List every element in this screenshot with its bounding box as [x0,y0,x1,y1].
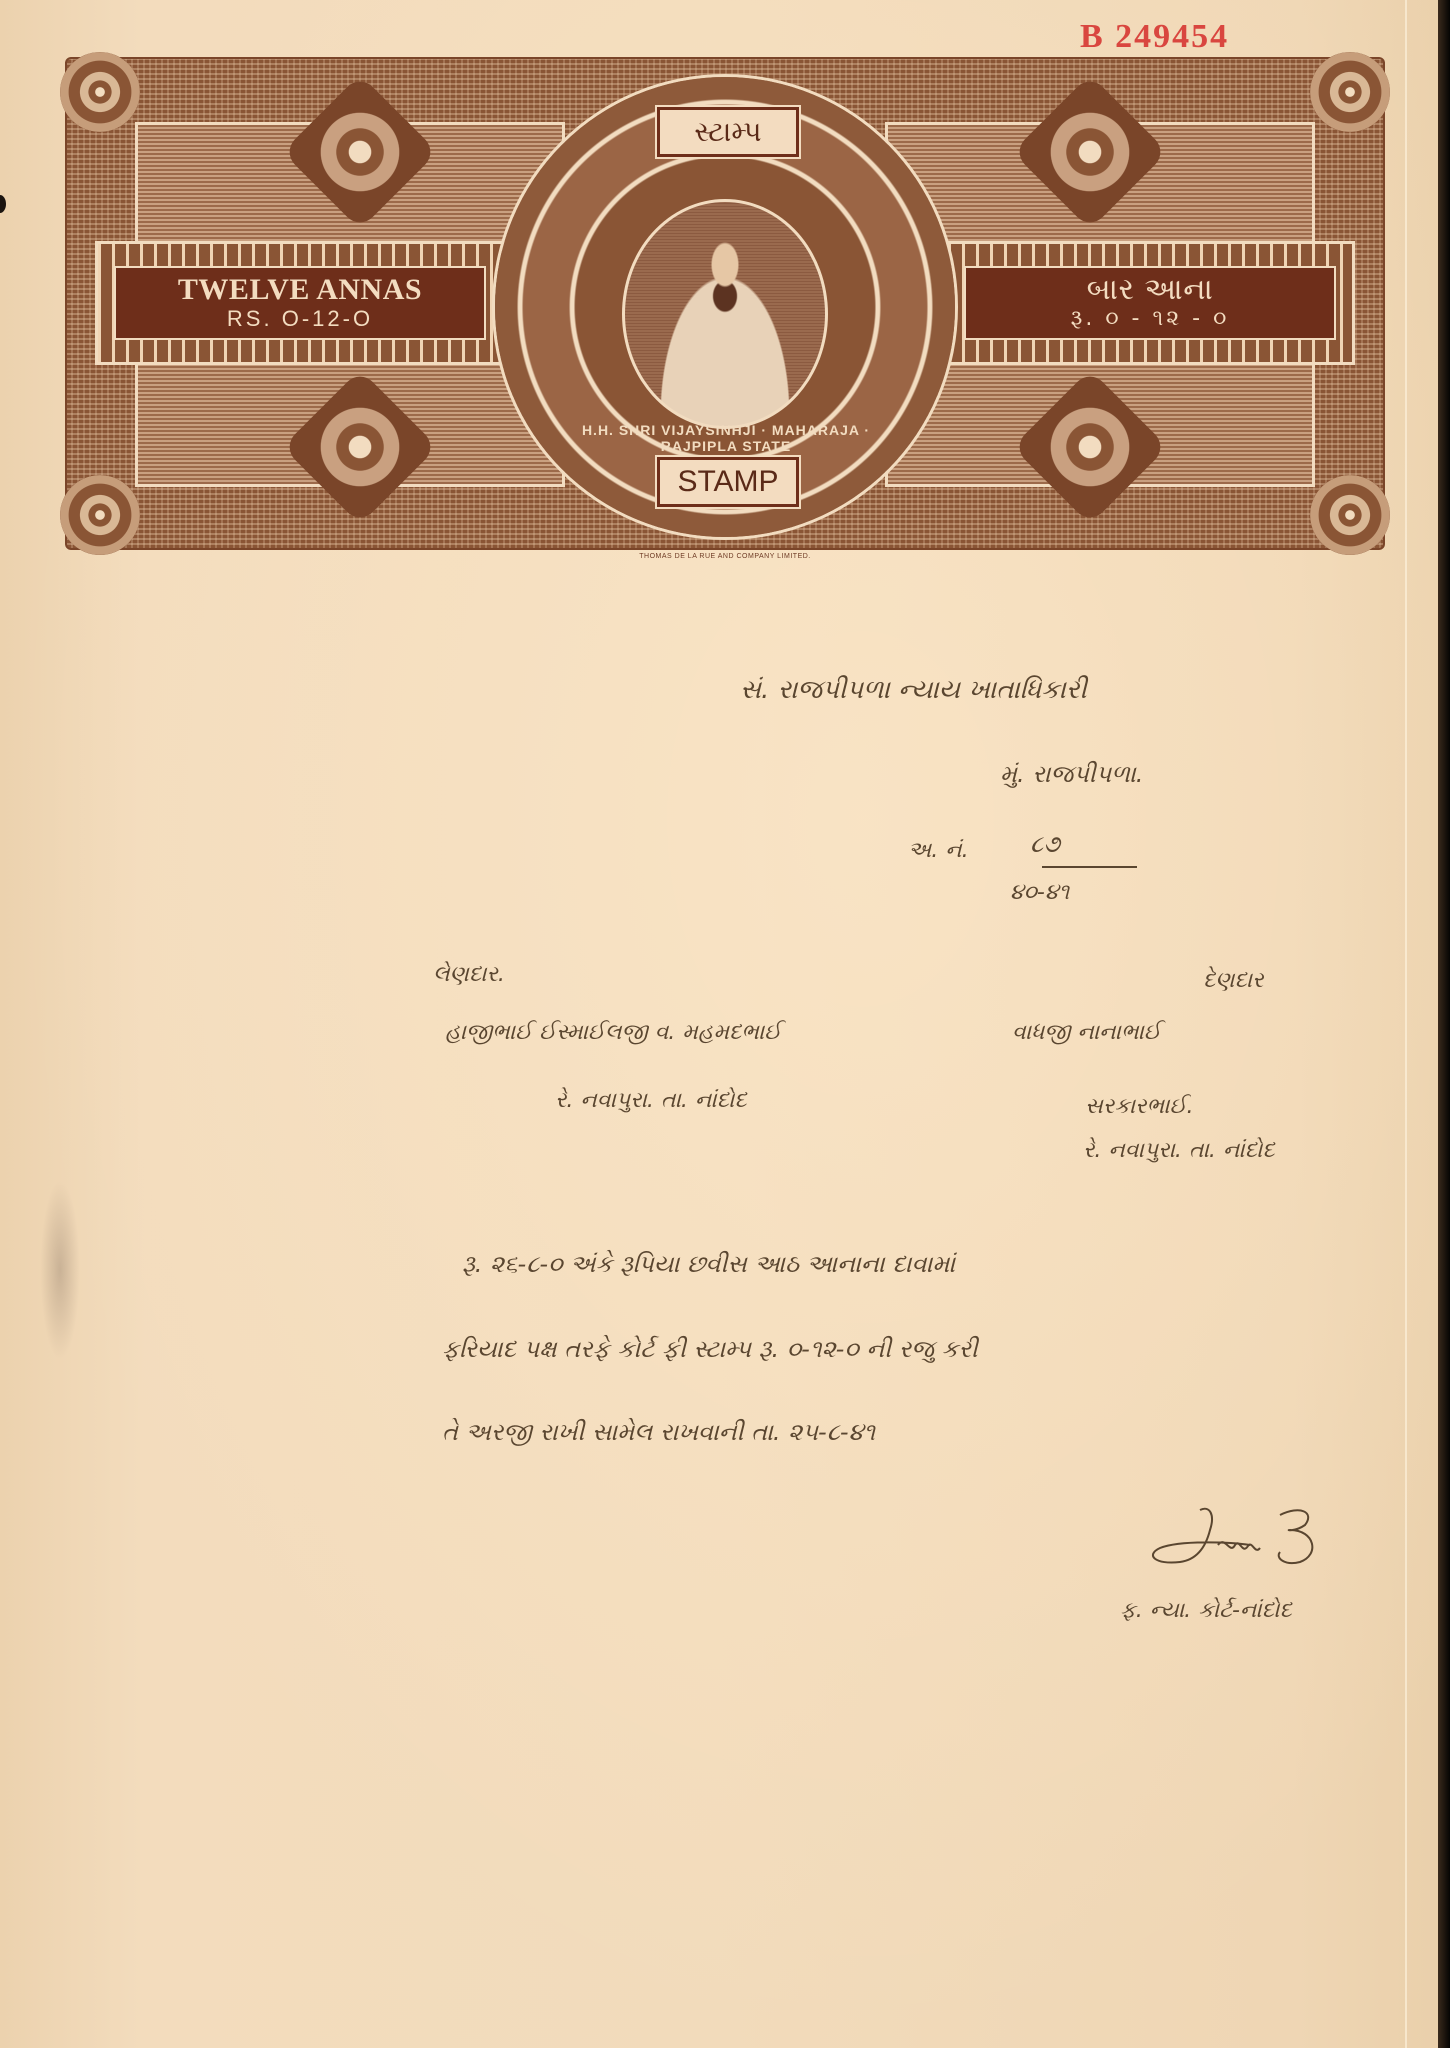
rosette-icon [1310,52,1390,132]
value-amount-gujarati: રૂ. ૦ - ૧૨ - ૦ [1071,306,1230,332]
body-line-1: રૂ. ૨૬-૮-૦ અંકે રૂપિયા છવીસ આઠ આનાના દાવ… [462,1250,955,1278]
address-line-1: સં. રાજપીપળા ન્યાય ખાતાધિકારી [740,675,1087,706]
reference-fraction-line [1042,866,1137,868]
rosette-icon [60,52,140,132]
value-panel-gujarati: બાર આના રૂ. ૦ - ૧૨ - ૦ [945,241,1355,365]
stamp-label-gujarati: સ્ટામ્પ [657,107,799,157]
value-text-gujarati: બાર આના [1087,274,1214,306]
ring-inscription: H.H. SHRI VIJAYSINHJI · MAHARAJA · RAJPI… [571,422,881,454]
body-line-2: ફરિયાદ પક્ષ તરફે કોર્ટ ફી સ્ટામ્પ રૂ. ૦-… [442,1335,978,1363]
plaintiff-name: હાજીભાઈ ઈસ્માઈલજી વ. મહમદભાઈ [445,1020,781,1045]
plaintiff-residence: રે. નવાપુરા. તા. નાંદોદ [555,1088,747,1113]
defendant-occupation: સરકારભાઈ. [1085,1094,1193,1119]
rosette-icon [1310,475,1390,555]
body-line-3: તે અરજી રાખી સામેલ રાખવાની તા. ૨૫-૮-૪૧ [442,1418,875,1446]
defendant-label: દેણદાર [1203,968,1264,993]
scan-edge [1438,0,1450,2048]
reference-prefix: અ. નં. [908,838,969,863]
serial-number: B 249454 [1080,18,1229,56]
reference-year: ૪૦-૪૧ [1010,880,1069,905]
defendant-residence: રે. નવાપુરા. તા. નાંદોદ [1083,1138,1275,1163]
designation: ફ. ન્યા. કોર્ટ-નાંદોદ [1120,1598,1292,1623]
address-line-2: મું. રાજપીપળા. [1000,760,1143,788]
value-panel-english: TWELVE ANNAS RS. O-12-O [95,241,505,365]
maharaja-portrait [622,199,828,429]
paper-fold-line [1405,0,1407,2048]
value-box: TWELVE ANNAS RS. O-12-O [114,266,486,340]
reference-number: ૮૭ [1030,830,1060,858]
plaintiff-label: લેણદાર. [433,962,505,987]
printer-imprint: THOMAS DE LA RUE AND COMPANY LIMITED. [0,553,1450,560]
defendant-name: વાધજી નાનાભાઈ [1012,1020,1161,1045]
value-text-english: TWELVE ANNAS [178,274,422,306]
stamp-label-english: STAMP [657,457,799,507]
value-amount-english: RS. O-12-O [227,306,373,332]
rosette-icon [60,475,140,555]
revenue-stamp: TWELVE ANNAS RS. O-12-O બાર આના રૂ. ૦ - … [65,57,1385,550]
ink-smudge [40,1180,80,1360]
value-box: બાર આના રૂ. ૦ - ૧૨ - ૦ [964,266,1336,340]
signature [1140,1500,1330,1580]
